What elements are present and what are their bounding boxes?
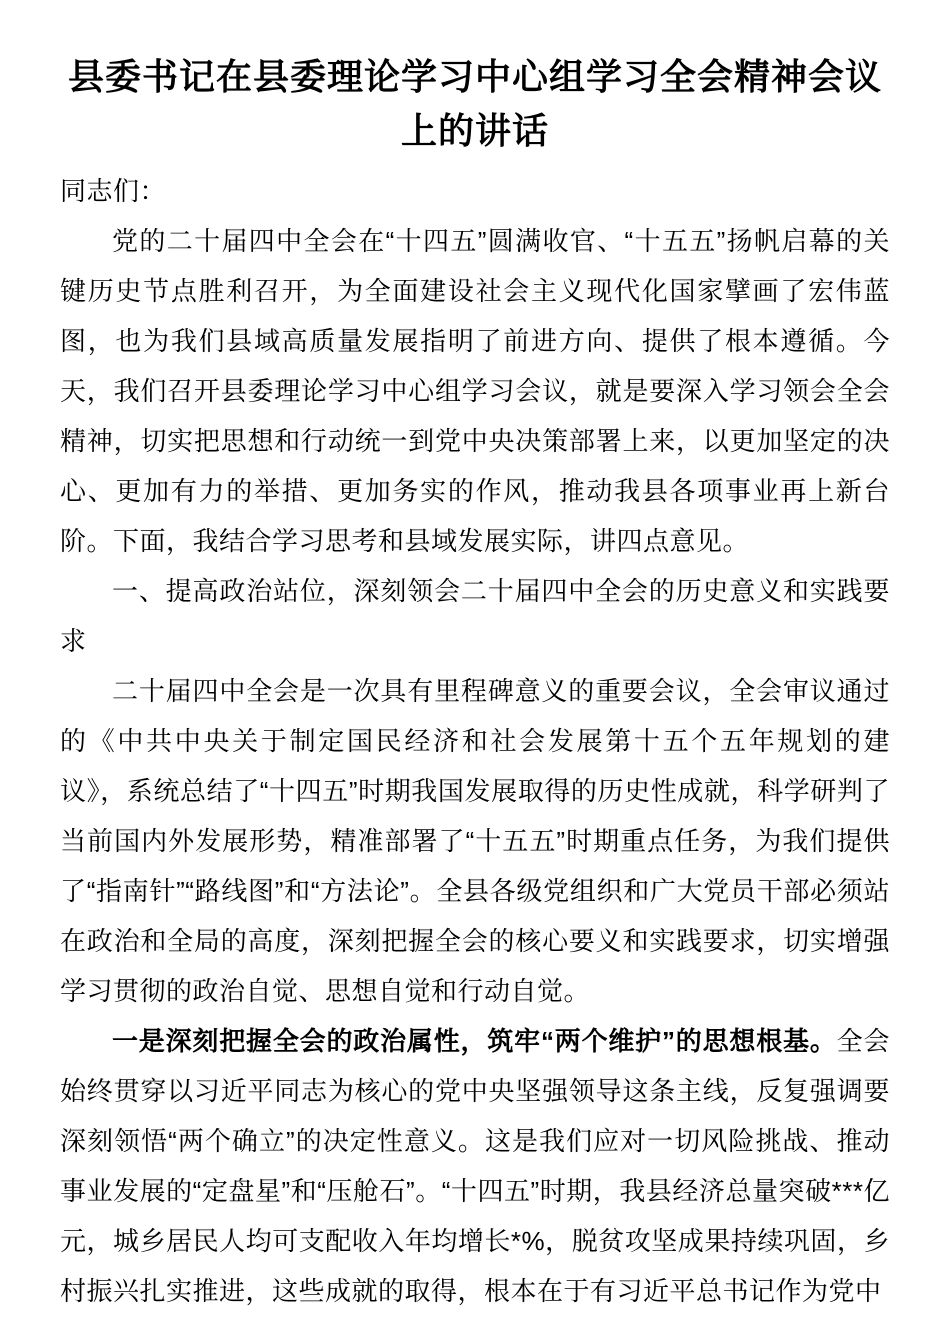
point1-body-text: 全会始终贯穿以习近平同志为核心的党中央坚强领导这条主线，反复强调要深刻领悟“两个… — [60, 1026, 890, 1306]
paragraph-intro: 党的二十届四中全会在“十四五”圆满收官、“十五五”扬帆启幕的关键历史节点胜利召开… — [60, 216, 890, 566]
section-heading-1: 一、提高政治站位，深刻领会二十届四中全会的历史意义和实践要求 — [60, 566, 890, 666]
salutation: 同志们： — [60, 166, 890, 216]
point1-lead-bold: 一是深刻把握全会的政治属性，筑牢“两个维护”的思想根基。 — [112, 1026, 837, 1056]
document-body: 同志们： 党的二十届四中全会在“十四五”圆满收官、“十五五”扬帆启幕的关键历史节… — [60, 166, 890, 1316]
document-title: 县委书记在县委理论学习中心组学习全会精神会议上的讲话 — [60, 50, 890, 158]
paragraph-point1: 一是深刻把握全会的政治属性，筑牢“两个维护”的思想根基。全会始终贯穿以习近平同志… — [60, 1016, 890, 1316]
document-page: 县委书记在县委理论学习中心组学习全会精神会议上的讲话 同志们： 党的二十届四中全… — [0, 0, 950, 1344]
paragraph-section1: 二十届四中全会是一次具有里程碑意义的重要会议，全会审议通过的《中共中央关于制定国… — [60, 666, 890, 1016]
